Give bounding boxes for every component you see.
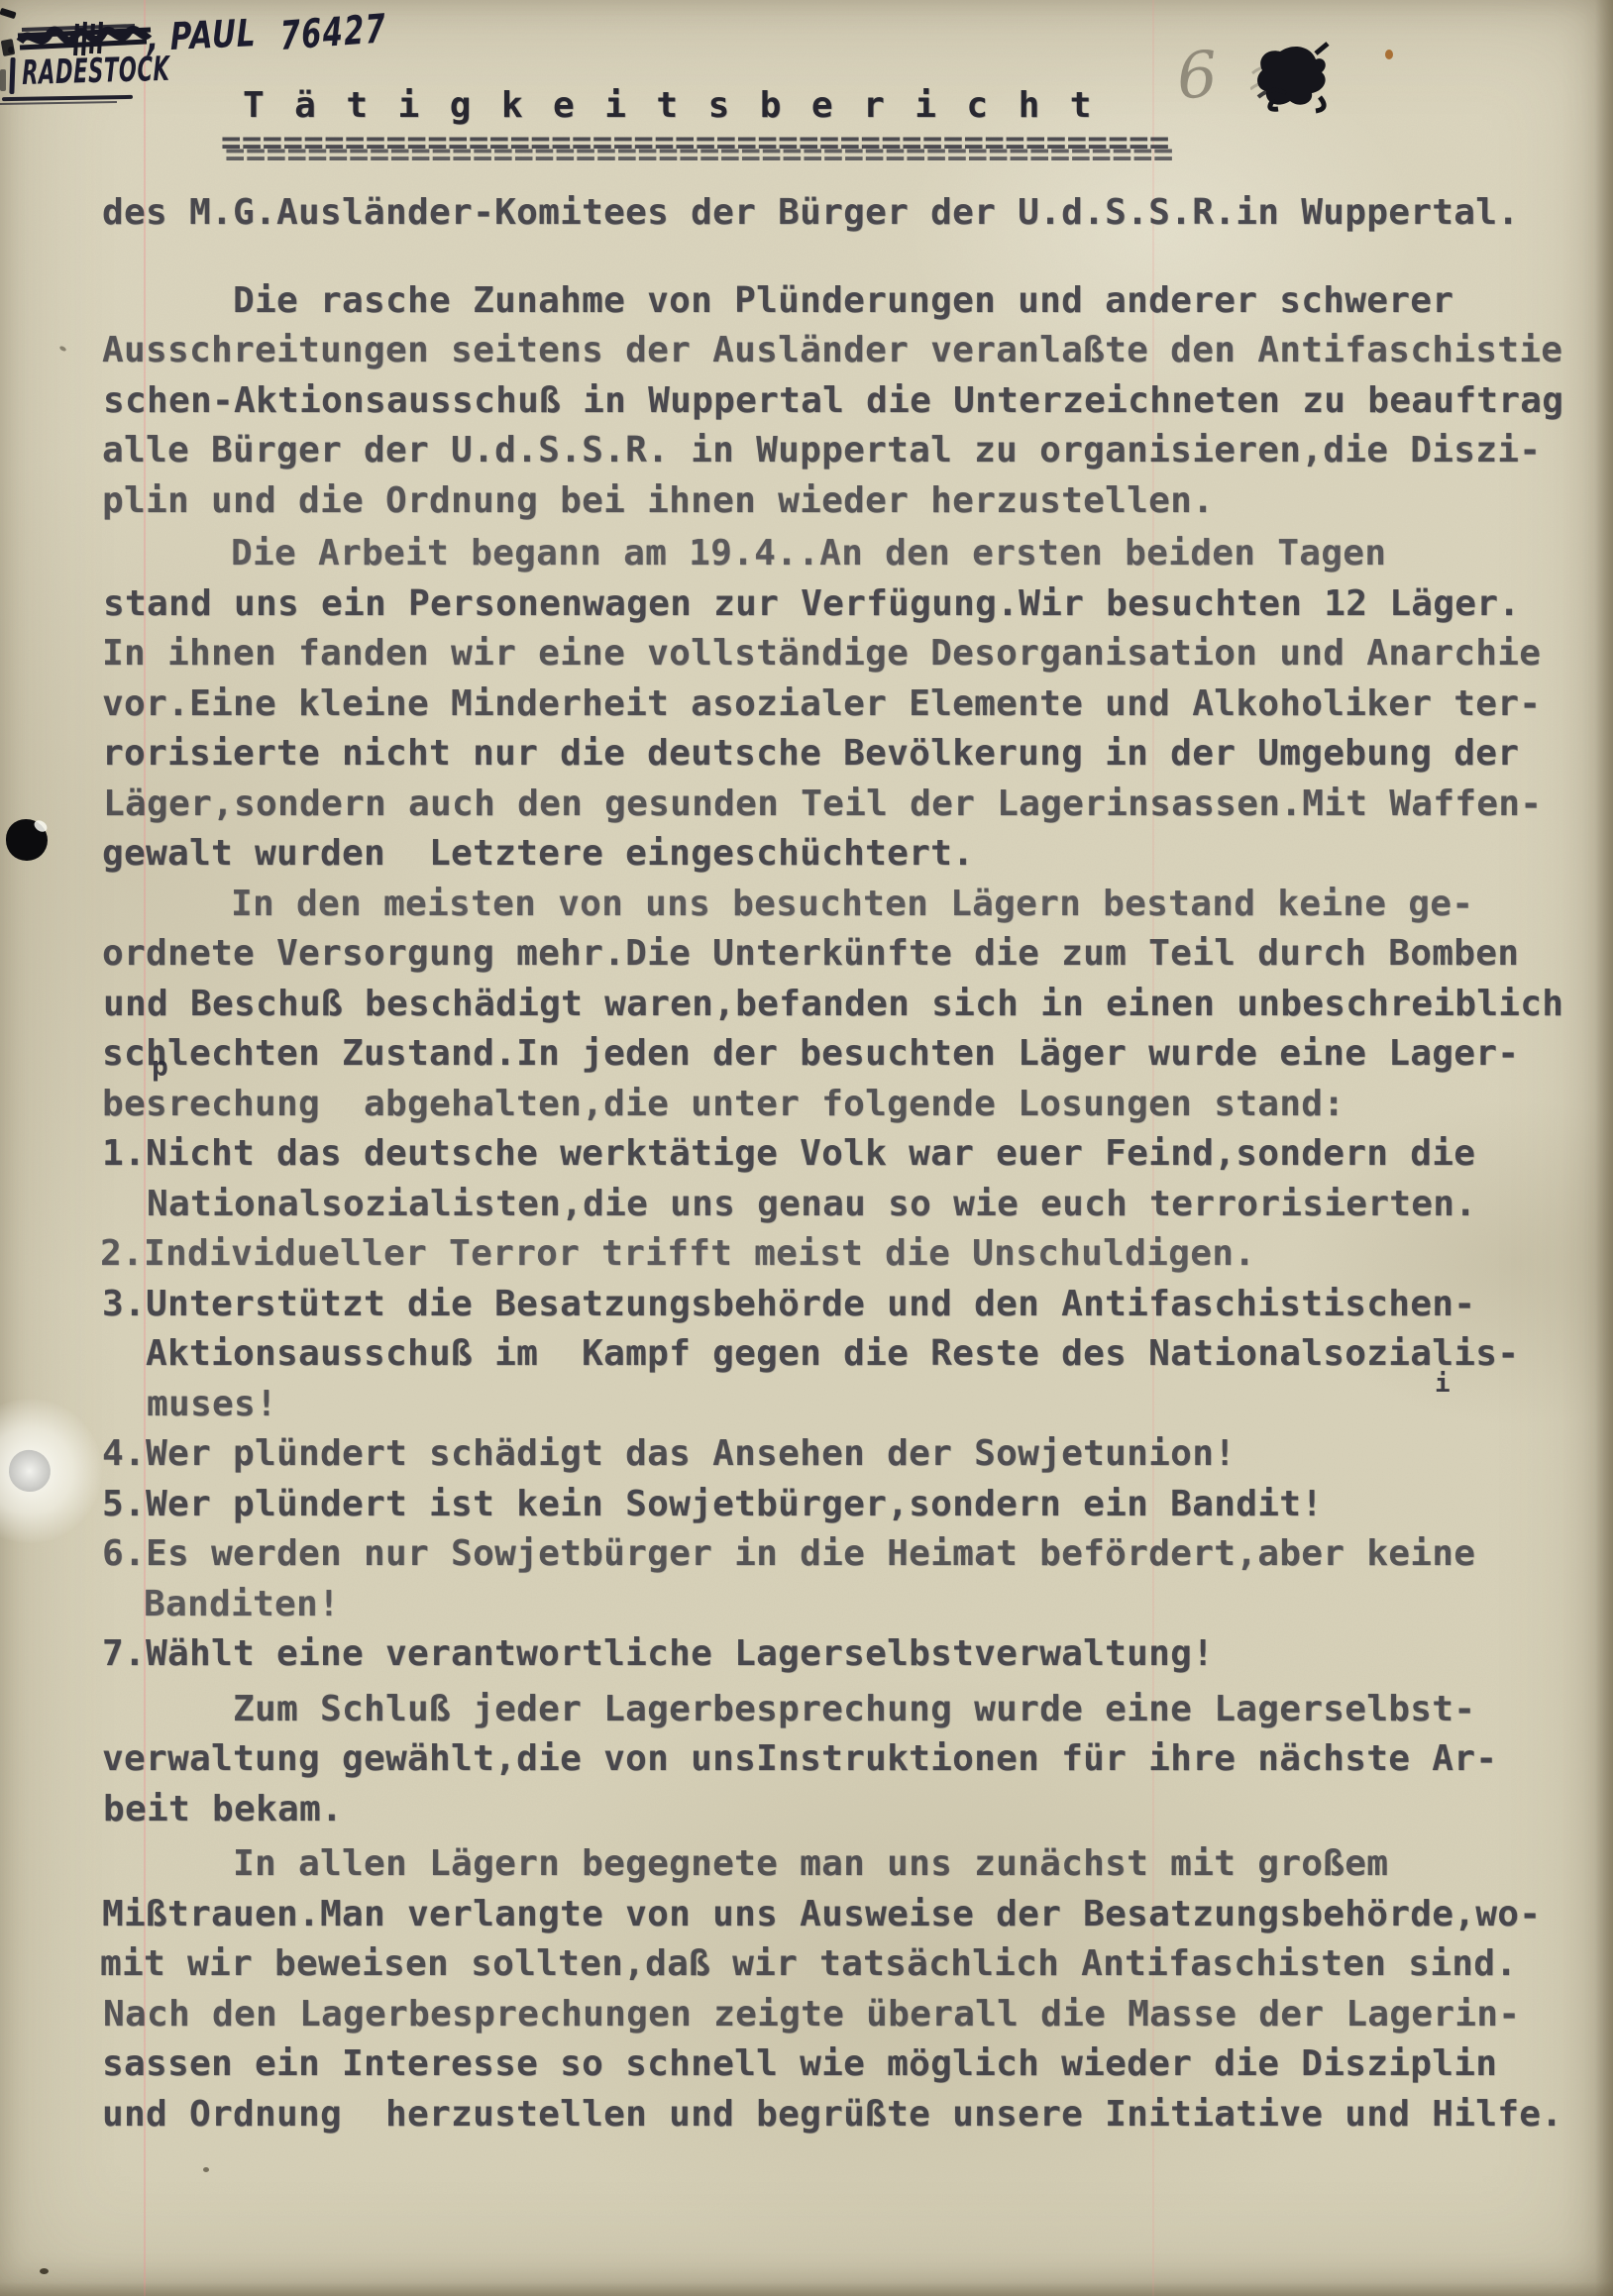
text-line: stand uns ein Personenwagen zur Verfügun… bbox=[103, 579, 1599, 630]
text-line: Läger,sondern auch den gesunden Teil der… bbox=[103, 780, 1599, 830]
text-line: In ihnen fanden wir eine vollständige De… bbox=[102, 629, 1598, 679]
text-line: 2.Individueller Terror trifft meist die … bbox=[100, 1229, 1596, 1280]
body-text: des M.G.Ausländer-Komitees der Bürger de… bbox=[102, 188, 1598, 2139]
typewritten-content: Tätigkeitsbericht ======================… bbox=[0, 0, 1613, 2296]
correction-letter-below: i bbox=[1435, 1369, 1451, 1399]
text-line: Banditen! bbox=[100, 1580, 1596, 1630]
text-line: Nationalsozialisten,die uns genau so wie… bbox=[103, 1180, 1599, 1230]
text-line: Die Arbeit begann am 19.4..An den ersten… bbox=[100, 529, 1596, 579]
paper-speck bbox=[40, 2268, 49, 2274]
text-line: gewalt wurden Letztere eingeschüchtert. bbox=[102, 829, 1598, 880]
text-line: alle Bürger der U.d.S.S.R. in Wuppertal … bbox=[102, 426, 1598, 476]
text-line: In allen Lägern begegnete man uns zunäch… bbox=[102, 1839, 1598, 1890]
text-line: Ausschreitungen seitens der Ausländer ve… bbox=[102, 326, 1598, 376]
text-line: und Beschuß beschädigt waren,befanden si… bbox=[103, 980, 1599, 1030]
text-line: schen-Aktionsausschuß in Wuppertal die U… bbox=[103, 376, 1599, 427]
scan-edge-shadow-right bbox=[1595, 0, 1613, 2296]
text-line: 3.Unterstützt die Besatzungsbehörde und … bbox=[102, 1280, 1598, 1330]
text-line: rorisierte nicht nur die deutsche Bevölk… bbox=[102, 729, 1598, 780]
text-line: ordnete Versorgung mehr.Die Unterkünfte … bbox=[102, 929, 1598, 980]
text-line: Mißtrauen.Man verlangte von uns Ausweise… bbox=[102, 1890, 1598, 1940]
corner-mark bbox=[1, 39, 16, 56]
text-line: und Ordnung herzustellen und begrüßte un… bbox=[102, 2090, 1598, 2140]
text-line: In den meisten von uns besuchten Lägern … bbox=[100, 880, 1596, 930]
text-line: plin und die Ordnung bei ihnen wieder he… bbox=[102, 476, 1598, 527]
scan-edge-shadow-bottom bbox=[0, 2282, 1613, 2296]
text-line: besrechung abgehalten,die unter folgende… bbox=[102, 1080, 1598, 1130]
text-line: 6.Es werden nur Sowjetbürger in die Heim… bbox=[102, 1529, 1598, 1580]
punch-hole-bottom bbox=[6, 1447, 53, 1494]
text-line: vor.Eine kleine Minderheit asozialer Ele… bbox=[102, 679, 1598, 730]
corner-mark bbox=[0, 69, 6, 91]
text-line: Aktionsausschuß im Kampf gegen die Reste… bbox=[102, 1329, 1598, 1380]
text-line: mit wir beweisen sollten,daß wir tatsäch… bbox=[100, 1939, 1596, 1990]
text-line: beit bekam. bbox=[103, 1785, 1599, 1835]
text-line: schlechten Zustand.In jeden der besuchte… bbox=[102, 1029, 1598, 1080]
text-line: des M.G.Ausländer-Komitees der Bürger de… bbox=[102, 188, 1598, 239]
text-line: muses! bbox=[103, 1380, 1599, 1430]
document-page: , PAUL 76427 RADESTOCK 6 Tätigkeitsberic… bbox=[0, 0, 1613, 2296]
text-line: 4.Wer plündert schädigt das Ansehen der … bbox=[102, 1429, 1598, 1480]
document-title: Tätigkeitsbericht bbox=[243, 85, 1122, 126]
text-line: Die rasche Zunahme von Plünderungen und … bbox=[102, 276, 1598, 327]
text-line: Nach den Lagerbesprechungen zeigte übera… bbox=[103, 1990, 1599, 2040]
correction-letter-above: p bbox=[152, 1050, 168, 1083]
text-line: 1.Nicht das deutsche werktätige Volk war… bbox=[102, 1129, 1598, 1180]
punch-hole-top bbox=[6, 819, 48, 861]
text-line: 5.Wer plündert ist kein Sowjetbürger,son… bbox=[102, 1480, 1598, 1530]
text-line: verwaltung gewählt,die von unsInstruktio… bbox=[102, 1734, 1598, 1785]
text-line: 7.Wählt eine verantwortliche Lagerselbst… bbox=[102, 1629, 1598, 1680]
text-line: sassen ein Interesse so schnell wie mögl… bbox=[102, 2039, 1598, 2090]
paper-speck bbox=[203, 2167, 209, 2172]
text-line: Zum Schluß jeder Lagerbesprechung wurde … bbox=[102, 1685, 1598, 1735]
title-underline-2: ========================================… bbox=[225, 145, 1174, 164]
